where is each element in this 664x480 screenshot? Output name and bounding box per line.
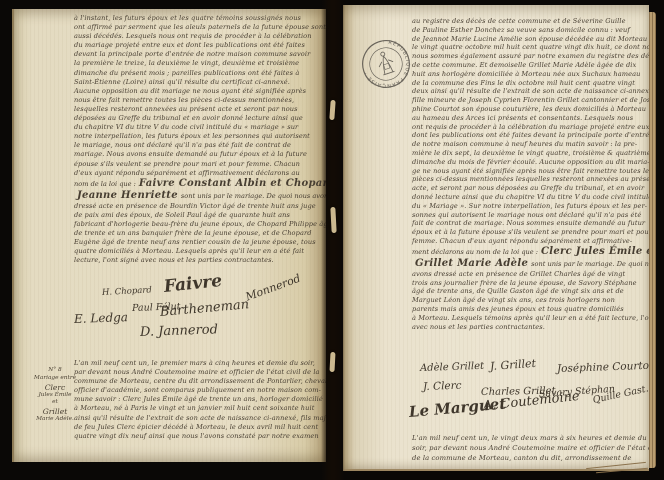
right-page: · RÉPUBLIQUE FRANÇAISE · au registre des… bbox=[343, 5, 649, 471]
handwritten-line: dont les publications ont été faites dev… bbox=[412, 131, 649, 140]
declaration-suffix: sont unis par le mariage. De quoi nous a… bbox=[181, 190, 326, 202]
right-act3-lines: L'an mil neuf cent un, le vingt deux mar… bbox=[412, 433, 649, 463]
handwritten-line: officier d'académie, sont comparus publi… bbox=[74, 386, 326, 395]
handwritten-line: fabricant d'horlogerie beau-frère du jeu… bbox=[74, 220, 326, 229]
handwritten-line: L'an mil neuf cent un, le premier mars à… bbox=[74, 359, 326, 368]
left-act2-lines: L'an mil neuf cent un, le premier mars à… bbox=[74, 359, 326, 441]
figure-head bbox=[380, 52, 385, 57]
handwritten-line: ge ne nous ayant été signifiée après nou… bbox=[412, 167, 649, 176]
handwritten-line: de Pauline Esther Donchez sa veuve sans … bbox=[412, 26, 649, 35]
signature: Faivre bbox=[163, 271, 223, 297]
handwritten-line: au hameau des Arces ici présents et cons… bbox=[412, 114, 649, 123]
handwritten-line: de la commune de Morteau, canton du dit,… bbox=[412, 453, 649, 463]
handwritten-line: âgé de trente ans, de Quille Gaston âgé … bbox=[412, 287, 649, 296]
handwritten-line: acte, et seront par nous déposées au Gre… bbox=[412, 184, 649, 193]
handwritten-line: ainsi qu'il résulte de l'extrait de son … bbox=[74, 414, 326, 423]
left-declaration-line-2: Jeanne Henriette sont unis par le mariag… bbox=[74, 190, 326, 202]
signature: J. Clerc bbox=[423, 380, 462, 393]
handwritten-line: Aucune opposition au dit mariage ne nous… bbox=[74, 87, 326, 96]
signature: J. Grillet bbox=[490, 357, 537, 373]
handwritten-line: quatre domiciliés à Morteau. Lesquels ap… bbox=[74, 247, 326, 256]
handwritten-line: parents mais amis des jeunes époux et to… bbox=[412, 305, 649, 314]
handwritten-line: mière le dix sept, la deuxième le vingt … bbox=[412, 149, 649, 158]
handwritten-line: femme. Chacun d'eux ayant répondu séparé… bbox=[412, 237, 649, 246]
handwritten-line: au registre des décès de cette commune e… bbox=[412, 17, 649, 26]
handwritten-line: le vingt quatre octobre mil huit cent qu… bbox=[412, 43, 649, 52]
declaration-prefix: ment déclarons au nom de la loi que : bbox=[412, 246, 538, 258]
right-act2-tail-lines: avons dressé acte en présence de Grillet… bbox=[412, 270, 649, 332]
handwritten-line: ont affirmé par serment que les aïeuls p… bbox=[74, 23, 326, 32]
left-act1-text: à l'instant, les futurs époux et les qua… bbox=[74, 14, 326, 265]
handwritten-line: nous être fait remettre toutes les pièce… bbox=[74, 96, 326, 105]
right-declaration-line-1: ment déclarons au nom de la loi que : Cl… bbox=[412, 246, 649, 258]
signature: Adèle Grillet bbox=[420, 361, 484, 374]
handwritten-line: dimanche du mois de février écoulé. Aucu… bbox=[412, 158, 649, 167]
handwritten-line: dressé acte en présence de Bourdin Victo… bbox=[74, 202, 326, 211]
signature: Monnerod bbox=[244, 272, 302, 304]
handwritten-line: de feu Jules Clerc épicier décédé à Mort… bbox=[74, 423, 326, 432]
declaration-prefix: nom de la loi que : bbox=[74, 178, 136, 190]
bride-name: Jeanne Henriette bbox=[77, 190, 178, 202]
right-act3-text: L'an mil neuf cent un, le vingt deux mar… bbox=[412, 433, 649, 463]
handwritten-line: mariage. Nous avons ensuite demandé au f… bbox=[74, 150, 326, 159]
handwritten-line: commune de Morteau, centre du dit arrond… bbox=[74, 377, 326, 386]
signature: Joséphine Courtot bbox=[557, 360, 649, 375]
handwritten-line: Saint-Étienne (Loire) ainsi qu'il résult… bbox=[74, 78, 326, 87]
handwritten-line: trois ans journalier frère de la jeune é… bbox=[412, 279, 649, 288]
handwritten-line: à Morteau, né à Paris le vingt et un jan… bbox=[74, 404, 326, 413]
handwritten-line: avec nous et les parties contractantes. bbox=[412, 323, 649, 332]
figure-arms bbox=[378, 59, 394, 68]
handwritten-line: du chapitre VI du titre V du code civil … bbox=[74, 123, 326, 132]
declaration-suffix: sont unis par le mariage. De quoi nous bbox=[531, 258, 649, 270]
page-fore-edge bbox=[649, 12, 656, 468]
handwritten-line: devant la principale porte d'entrée de n… bbox=[74, 50, 326, 59]
signature: E. Ledga bbox=[74, 310, 128, 326]
handwritten-line: de cette commune. Et demoiselle Grillet … bbox=[412, 61, 649, 70]
bride-name: Grillet Marie Adèle bbox=[415, 258, 528, 270]
handwritten-line: sonnes qui autorisent le mariage nous on… bbox=[412, 211, 649, 220]
handwritten-line: huit ans horlogère domiciliée à Morteau … bbox=[412, 70, 649, 79]
handwritten-line: Eugène âgé de trente neuf ans rentier co… bbox=[74, 238, 326, 247]
handwritten-line: du « Mariage ». Sur notre interpellation… bbox=[412, 202, 649, 211]
handwritten-line: nous sommes également assuré par notre e… bbox=[412, 52, 649, 61]
signature: D. Jannerod bbox=[140, 322, 218, 340]
marianne-figure-icon bbox=[375, 50, 396, 76]
book-gutter bbox=[321, 0, 345, 480]
handwritten-line: donné lecture ainsi que du chapitre VI d… bbox=[412, 193, 649, 202]
handwritten-line: la première le treize, la deuxième le vi… bbox=[74, 59, 326, 68]
groom-bride-names: Faivre Constant Albin et Chopard bbox=[139, 178, 326, 190]
handwritten-line: quatre vingt dix neuf ainsi que nous l'a… bbox=[74, 432, 326, 441]
handwritten-line: ont requis de procéder à la célébration … bbox=[412, 123, 649, 132]
left-act1-tail-lines: dressé acte en présence de Bourdin Victo… bbox=[74, 202, 326, 266]
handwritten-line: fait de contrat de mariage. Nous sommes … bbox=[412, 219, 649, 228]
handwritten-line: L'an mil neuf cent un, le vingt deux mar… bbox=[412, 433, 649, 443]
handwritten-line: soir, par devant nous André Coutemoine m… bbox=[412, 443, 649, 453]
handwritten-line: époux et à la future épouse s'ils veulen… bbox=[412, 228, 649, 237]
handwritten-line: mune savoir : Clerc Jules Émile âgé de t… bbox=[74, 395, 326, 404]
handwritten-line: à l'instant, les futurs époux et les qua… bbox=[74, 14, 326, 23]
right-declaration-line-2: Grillet Marie Adèle sont unis par le mar… bbox=[412, 258, 649, 270]
handwritten-line: de Jeannot Marie Lucine Amélie son épous… bbox=[412, 35, 649, 44]
handwritten-line: avons dressé acte en présence de Grillet… bbox=[412, 270, 649, 279]
handwritten-line: de la commune des Fins le dix octobre mi… bbox=[412, 79, 649, 88]
handwritten-line: de trente et un ans banquier frère de la… bbox=[74, 229, 326, 238]
left-declaration-line-1: nom de la loi que : Faivre Constant Albi… bbox=[74, 178, 326, 190]
handwritten-line: phine Courtot son épouse couturière, les… bbox=[412, 105, 649, 114]
left-page: à l'instant, les futurs époux et les qua… bbox=[12, 9, 326, 462]
handwritten-line: de notre maison commune à neuf heures du… bbox=[412, 140, 649, 149]
handwritten-line: à Morteau. Lesquels témoins après qu'il … bbox=[412, 314, 649, 323]
handwritten-line: épouse s'ils veulent se prendre pour mar… bbox=[74, 160, 326, 169]
handwritten-line: déposées au Greffe du tribunal et en avo… bbox=[74, 114, 326, 123]
handwritten-line: fille mineure de Joseph Cyprien Florenti… bbox=[412, 96, 649, 105]
handwritten-line: du mariage projeté entre eux et dont les… bbox=[74, 41, 326, 50]
register-scan: à l'instant, les futurs époux et les qua… bbox=[0, 0, 664, 480]
handwritten-line: lesquelles resteront annexées au présent… bbox=[74, 105, 326, 114]
handwritten-line: par devant nous André Coutemoine maire e… bbox=[74, 368, 326, 377]
left-act2-text: L'an mil neuf cent un, le premier mars à… bbox=[74, 359, 326, 441]
groom-name: Clerc Jules Émile et bbox=[541, 246, 649, 258]
handwritten-line: d'eux ayant répondu séparément et affirm… bbox=[74, 169, 326, 178]
right-act2-lines: au registre des décès de cette commune e… bbox=[412, 17, 649, 246]
handwritten-line: dimanche du présent mois ; pareilles pub… bbox=[74, 69, 326, 78]
signature: H. Chopard bbox=[102, 285, 152, 298]
left-act1-lines: à l'instant, les futurs époux et les qua… bbox=[74, 14, 326, 178]
handwritten-line: de paix ami des époux, de Soleil Paul âg… bbox=[74, 211, 326, 220]
handwritten-line: deux ainsi qu'il résulte de l'extrait de… bbox=[412, 87, 649, 96]
handwritten-line: lecture, l'ont signé avec nous et les pa… bbox=[74, 256, 326, 265]
figure-shield bbox=[384, 63, 390, 69]
figure-body bbox=[379, 55, 392, 74]
handwritten-line: le mariage, nous ont déclaré qu'il n'a p… bbox=[74, 141, 326, 150]
right-act2-text: au registre des décès de cette commune e… bbox=[412, 17, 649, 331]
handwritten-line: aussi décédés. Lesquels nous ont requis … bbox=[74, 32, 326, 41]
handwritten-line: Marguet Léon âgé de vingt six ans, ces t… bbox=[412, 296, 649, 305]
handwritten-line: pièces ci-dessus mentionnées lesquelles … bbox=[412, 175, 649, 184]
republique-francaise-seal-stamp: · RÉPUBLIQUE FRANÇAISE · bbox=[354, 32, 417, 95]
binding-stitch bbox=[329, 352, 335, 372]
handwritten-line: notre interpellation, les futurs époux e… bbox=[74, 132, 326, 141]
